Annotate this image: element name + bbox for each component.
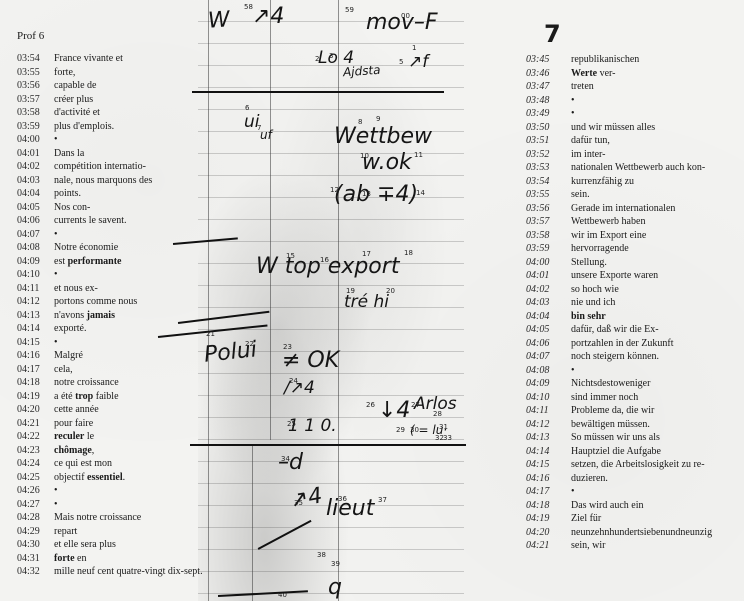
- timestamp: 04:31: [17, 552, 54, 566]
- timestamp: 03:55: [526, 188, 571, 202]
- german-transcript-row: 03:47treten: [526, 80, 712, 94]
- pen-stroke: [258, 520, 312, 549]
- note-index-number: 2: [315, 55, 319, 63]
- german-transcript-row: 03:46Werte ver-: [526, 67, 712, 81]
- timestamp: 04:25: [17, 471, 54, 485]
- transcript-text: Nichtsdestoweniger: [571, 377, 650, 391]
- timestamp: 04:00: [17, 133, 54, 147]
- timestamp: 03:52: [526, 148, 571, 162]
- note-index-number: 25: [287, 420, 296, 428]
- note-index-number: 22: [245, 340, 254, 348]
- transcript-text: dafür, daß wir die Ex-: [571, 323, 659, 337]
- timestamp: 04:10: [17, 268, 54, 282]
- timestamp: 04:06: [526, 337, 571, 351]
- transcript-text: duzieren.: [571, 472, 608, 486]
- note-index-number: 15: [286, 252, 295, 260]
- timestamp: 03:57: [526, 215, 571, 229]
- french-transcript-row: 03:57créer plus: [17, 93, 203, 107]
- transcript-text: ce qui est mon: [54, 457, 112, 471]
- timestamp: 04:07: [526, 350, 571, 364]
- transcript-text: compétition internatio-: [54, 160, 146, 174]
- german-transcript-row: 04:21sein, wir: [526, 539, 712, 553]
- german-transcript-row: 04:04bin sehr: [526, 310, 712, 324]
- timestamp: 03:45: [526, 53, 571, 67]
- transcript-text: et elle sera plus: [54, 538, 116, 552]
- timestamp: 03:50: [526, 121, 571, 135]
- german-transcript-row: 03:57Wettbewerb haben: [526, 215, 712, 229]
- german-transcript-row: 03:45republikanischen: [526, 53, 712, 67]
- timestamp: 04:11: [526, 404, 571, 418]
- note-index-number: 19: [346, 287, 355, 295]
- timestamp: 03:54: [17, 52, 54, 66]
- german-transcript-row: 04:11Probleme da, die wir: [526, 404, 712, 418]
- french-transcript-row: 04:19a été trop faible: [17, 390, 203, 404]
- german-transcript-row: 04:16duzieren.: [526, 472, 712, 486]
- handwritten-note-q-note: q: [328, 575, 342, 600]
- timestamp: 04:30: [17, 538, 54, 552]
- german-transcript-row: 04:12bewältigen müssen.: [526, 418, 712, 432]
- transcript-text: Dans la: [54, 147, 84, 161]
- timestamp: 04:07: [17, 228, 54, 242]
- timestamp: 04:15: [526, 458, 571, 472]
- timestamp: 04:21: [17, 417, 54, 431]
- timestamp: 04:05: [526, 323, 571, 337]
- transcript-text: dafür tun,: [571, 134, 610, 148]
- timestamp: 04:08: [17, 241, 54, 255]
- timestamp: 04:00: [526, 256, 571, 270]
- timestamp: 04:03: [526, 296, 571, 310]
- note-index-number: 33: [443, 434, 452, 442]
- timestamp: 03:55: [17, 66, 54, 80]
- timestamp: 04:10: [526, 391, 571, 405]
- french-transcript-row: 04:13n'avons jamais: [17, 309, 203, 323]
- french-transcript-row: 04:07•: [17, 228, 203, 242]
- timestamp: 04:13: [17, 309, 54, 323]
- transcript-text: sein.: [571, 188, 590, 202]
- german-transcript-row: 04:05dafür, daß wir die Ex-: [526, 323, 712, 337]
- german-transcript-row: 03:55sein.: [526, 188, 712, 202]
- transcript-text: Werte ver-: [571, 67, 616, 81]
- french-transcript-row: 04:09est performante: [17, 255, 203, 269]
- note-index-number: 9: [376, 115, 380, 123]
- note-index-number: 10: [360, 152, 369, 160]
- note-index-number: 31: [439, 423, 448, 431]
- transcript-text: nationalen Wettbewerb auch kon-: [571, 161, 705, 175]
- note-index-number: 29: [396, 426, 405, 434]
- transcript-text: sein, wir: [571, 539, 605, 553]
- note-index-number: 30: [410, 426, 419, 434]
- german-transcript-row: 04:18Das wird auch ein: [526, 499, 712, 513]
- french-transcript-row: 04:31forte en: [17, 552, 203, 566]
- transcript-text: im inter-: [571, 148, 606, 162]
- transcript-text: nale, nous marquons des: [54, 174, 152, 188]
- note-index-number: 6: [245, 104, 249, 112]
- transcript-text: Stellung.: [571, 256, 607, 270]
- timestamp: 04:17: [526, 485, 571, 499]
- transcript-text: noch steigern können.: [571, 350, 659, 364]
- transcript-text: cela,: [54, 363, 73, 377]
- handwritten-note-ajdsta: Ajdsta: [343, 63, 381, 80]
- transcript-text: neunzehnhundertsiebenundneunzig: [571, 526, 712, 540]
- transcript-text: repart: [54, 525, 77, 539]
- french-transcript-row: 04:17cela,: [17, 363, 203, 377]
- transcript-text: pour faire: [54, 417, 93, 431]
- french-transcript-row: 04:10•: [17, 268, 203, 282]
- german-transcript-row: 04:08•: [526, 364, 712, 378]
- timestamp: 04:19: [526, 512, 571, 526]
- french-transcript-row: 04:20cette année: [17, 403, 203, 417]
- transcript-text: forte en: [54, 552, 87, 566]
- transcript-text: •: [54, 498, 58, 512]
- french-transcript-row: 04:06currents le savent.: [17, 214, 203, 228]
- french-transcript-row: 04:12portons comme nous: [17, 295, 203, 309]
- pen-stroke: [218, 590, 308, 596]
- note-index-number: 24: [289, 377, 298, 385]
- timestamp: 04:16: [17, 349, 54, 363]
- french-transcript-row: 04:18notre croissance: [17, 376, 203, 390]
- timestamp: 04:29: [17, 525, 54, 539]
- transcript-text: •: [54, 228, 58, 242]
- transcript-text: Wettbewerb haben: [571, 215, 645, 229]
- transcript-text: France vivante et: [54, 52, 123, 66]
- french-transcript-row: 04:29repart: [17, 525, 203, 539]
- french-transcript-row: 04:15•: [17, 336, 203, 350]
- note-index-number: 17: [362, 250, 371, 258]
- timestamp: 04:14: [17, 322, 54, 336]
- timestamp: 03:56: [17, 79, 54, 93]
- timestamp: 04:17: [17, 363, 54, 377]
- timestamp: 04:28: [17, 511, 54, 525]
- timestamp: 04:23: [17, 444, 54, 458]
- note-index-number: 12: [330, 186, 339, 194]
- transcript-text: d'activité et: [54, 106, 100, 120]
- timestamp: 03:58: [17, 106, 54, 120]
- transcript-text: portons comme nous: [54, 295, 137, 309]
- note-index-number: 14: [416, 189, 425, 197]
- timestamp: 04:20: [526, 526, 571, 540]
- transcript-text: •: [54, 484, 58, 498]
- handwritten-note-tre-hi: tré hi: [344, 292, 389, 312]
- transcript-text: currents le savent.: [54, 214, 126, 228]
- timestamp: 04:32: [17, 565, 54, 579]
- french-transcript-row: 03:54France vivante et: [17, 52, 203, 66]
- note-index-number: 58: [244, 3, 253, 11]
- transcript-text: bewältigen müssen.: [571, 418, 650, 432]
- german-transcript-row: 03:58wir im Export eine: [526, 229, 712, 243]
- note-index-number: 00: [401, 12, 410, 20]
- note-index-number: 3: [329, 52, 333, 60]
- german-transcript-row: 03:53nationalen Wettbewerb auch kon-: [526, 161, 712, 175]
- french-transcript-row: 04:32mille neuf cent quatre-vingt dix-se…: [17, 565, 203, 579]
- timestamp: 04:04: [17, 187, 54, 201]
- german-transcript-row: 04:13So müssen wir uns als: [526, 431, 712, 445]
- german-transcript-row: 04:02so hoch wie: [526, 283, 712, 297]
- notepad-section-divider: [190, 444, 466, 446]
- french-transcript-row: 04:27•: [17, 498, 203, 512]
- transcript-text: Notre économie: [54, 241, 118, 255]
- transcript-text: notre croissance: [54, 376, 119, 390]
- timestamp: 04:04: [526, 310, 571, 324]
- transcript-text: Nos con-: [54, 201, 90, 215]
- timestamp: 04:06: [17, 214, 54, 228]
- timestamp: 04:12: [17, 295, 54, 309]
- transcript-text: Gerade im internationalen: [571, 202, 675, 216]
- profile-label: Prof 6: [17, 30, 44, 42]
- german-transcript-row: 04:03nie und ich: [526, 296, 712, 310]
- transcript-text: cette année: [54, 403, 99, 417]
- note-index-number: 8: [358, 118, 362, 126]
- timestamp: 03:46: [526, 67, 571, 81]
- german-transcript-row: 04:17•: [526, 485, 712, 499]
- german-transcript-row: 04:19Ziel für: [526, 512, 712, 526]
- german-transcript-row: 03:49•: [526, 107, 712, 121]
- transcript-text: plus d'emplois.: [54, 120, 114, 134]
- handwritten-note-arrow-4: ↗4: [252, 4, 284, 29]
- note-index-number: 35: [294, 499, 303, 507]
- timestamp: 03:59: [526, 242, 571, 256]
- note-index-number: 38: [317, 551, 326, 559]
- transcript-text: créer plus: [54, 93, 93, 107]
- german-transcript-row: 04:10sind immer noch: [526, 391, 712, 405]
- note-index-number: 16: [320, 256, 329, 264]
- german-transcript-row: 04:00Stellung.: [526, 256, 712, 270]
- timestamp: 04:01: [17, 147, 54, 161]
- timestamp: 04:02: [526, 283, 571, 297]
- note-index-number: 18: [404, 249, 413, 257]
- timestamp: 04:02: [17, 160, 54, 174]
- timestamp: 04:24: [17, 457, 54, 471]
- transcript-text: nie und ich: [571, 296, 615, 310]
- transcript-text: a été trop faible: [54, 390, 119, 404]
- handwritten-note-w-ok: w.ok: [362, 150, 412, 175]
- note-index-number: 37: [378, 496, 387, 504]
- timestamp: 04:20: [17, 403, 54, 417]
- german-transcript-row: 03:54kurrenzfähig zu: [526, 175, 712, 189]
- timestamp: 03:58: [526, 229, 571, 243]
- german-transcript-row: 03:48•: [526, 94, 712, 108]
- french-transcript-row: 04:24ce qui est mon: [17, 457, 203, 471]
- german-transcript-row: 04:07noch steigern können.: [526, 350, 712, 364]
- french-transcript-row: 04:03nale, nous marquons des: [17, 174, 203, 188]
- note-index-number: 36: [338, 495, 347, 503]
- french-transcript-row: 04:28Mais notre croissance: [17, 511, 203, 525]
- french-transcript-row: 04:26•: [17, 484, 203, 498]
- transcript-text: Mais notre croissance: [54, 511, 141, 525]
- handwritten-note-w-top: W: [207, 7, 230, 33]
- transcript-text: Probleme da, die wir: [571, 404, 654, 418]
- note-index-number: 11: [414, 151, 423, 159]
- timestamp: 04:22: [17, 430, 54, 444]
- note-index-number: 34: [281, 455, 290, 463]
- timestamp: 03:49: [526, 107, 571, 121]
- french-transcript-row: 03:58d'activité et: [17, 106, 203, 120]
- french-transcript-row: 03:59plus d'emplois.: [17, 120, 203, 134]
- timestamp: 04:11: [17, 282, 54, 296]
- transcript-text: •: [571, 485, 575, 499]
- french-transcript-row: 04:04points.: [17, 187, 203, 201]
- transcript-text: hervorragende: [571, 242, 629, 256]
- timestamp: 03:51: [526, 134, 571, 148]
- notepad-column-line: [270, 0, 271, 440]
- transcript-text: objectif essentiel.: [54, 471, 125, 485]
- german-transcript-rows: 03:45republikanischen03:46Werte ver-03:4…: [526, 53, 712, 553]
- transcript-text: treten: [571, 80, 594, 94]
- transcript-text: und wir müssen alles: [571, 121, 655, 135]
- handwritten-note-arrow-f: ↗f: [408, 52, 428, 72]
- french-transcript-row: 04:21pour faire: [17, 417, 203, 431]
- transcript-text: forte,: [54, 66, 75, 80]
- transcript-text: Das wird auch ein: [571, 499, 643, 513]
- transcript-text: •: [571, 364, 575, 378]
- transcript-text: portzahlen in der Zukunft: [571, 337, 673, 351]
- transcript-text: so hoch wie: [571, 283, 619, 297]
- french-transcript-row: 04:30et elle sera plus: [17, 538, 203, 552]
- notepad-column-line: [252, 445, 253, 601]
- french-transcript-row: 04:02compétition internatio-: [17, 160, 203, 174]
- transcript-text: •: [54, 268, 58, 282]
- note-index-number: 23: [283, 343, 292, 351]
- french-transcript-row: 03:56capable de: [17, 79, 203, 93]
- note-index-number: 39: [331, 560, 340, 568]
- french-transcript-rows: 03:54France vivante et03:55forte,03:56ca…: [17, 52, 203, 579]
- german-transcript-row: 03:50und wir müssen alles: [526, 121, 712, 135]
- german-transcript-row: 04:14Hauptziel die Aufgabe: [526, 445, 712, 459]
- timestamp: 04:09: [526, 377, 571, 391]
- timestamp: 03:59: [17, 120, 54, 134]
- transcript-text: et nous ex-: [54, 282, 98, 296]
- handwritten-note-uf: uf: [260, 128, 272, 142]
- german-transcript-row: 04:09Nichtsdestoweniger: [526, 377, 712, 391]
- transcript-text: n'avons jamais: [54, 309, 115, 323]
- note-index-number: 59: [345, 6, 354, 14]
- german-transcript-row: 04:15setzen, die Arbeitslosigkeit zu re-: [526, 458, 712, 472]
- timestamp: 03:53: [526, 161, 571, 175]
- note-index-number: 27: [411, 401, 420, 409]
- german-transcript-row: 03:56Gerade im internationalen: [526, 202, 712, 216]
- transcript-text: Ziel für: [571, 512, 601, 526]
- french-transcript-row: 04:00•: [17, 133, 203, 147]
- french-transcript-row: 04:16Malgré: [17, 349, 203, 363]
- timestamp: 04:09: [17, 255, 54, 269]
- timestamp: 04:05: [17, 201, 54, 215]
- notepad-section-divider: [192, 91, 444, 93]
- transcript-text: wir im Export eine: [571, 229, 646, 243]
- timestamp: 04:14: [526, 445, 571, 459]
- timestamp: 03:56: [526, 202, 571, 216]
- timestamp: 04:26: [17, 484, 54, 498]
- timestamp: 04:15: [17, 336, 54, 350]
- french-transcript-row: 04:05Nos con-: [17, 201, 203, 215]
- note-index-number: 1: [412, 44, 416, 52]
- note-index-number: 13: [362, 190, 371, 198]
- transcript-text: republikanischen: [571, 53, 639, 67]
- timestamp: 04:21: [526, 539, 571, 553]
- german-transcript-row: 03:51dafür tun,: [526, 134, 712, 148]
- handwritten-note-not-ok: ≠ OK: [282, 348, 339, 373]
- transcript-text: mille neuf cent quatre-vingt dix-sept.: [54, 565, 203, 579]
- transcript-text: •: [571, 107, 575, 121]
- timestamp: 03:47: [526, 80, 571, 94]
- page-number: 7: [544, 22, 561, 46]
- german-transcript-row: 04:01unsere Exporte waren: [526, 269, 712, 283]
- transcript-text: •: [54, 133, 58, 147]
- transcript-text: kurrenzfähig zu: [571, 175, 634, 189]
- transcript-text: •: [54, 336, 58, 350]
- french-transcript-row: 04:23chômage,: [17, 444, 203, 458]
- handwritten-note-down-4: ↓4: [378, 398, 410, 423]
- transcript-text: So müssen wir uns als: [571, 431, 660, 445]
- transcript-text: Malgré: [54, 349, 83, 363]
- note-index-number: 7: [257, 124, 261, 132]
- french-transcript-row: 04:01Dans la: [17, 147, 203, 161]
- german-transcript-row: 03:59hervorragende: [526, 242, 712, 256]
- timestamp: 04:19: [17, 390, 54, 404]
- timestamp: 04:13: [526, 431, 571, 445]
- note-index-number: 5: [399, 58, 403, 66]
- transcript-text: chômage,: [54, 444, 94, 458]
- handwritten-note-wettbew: Wettbew: [334, 124, 432, 149]
- note-index-number: 26: [366, 401, 375, 409]
- handwritten-notepad: W↗4mov–FLo 4Ajdsta↗fuiufWettbeww.ok(ab ∓…: [198, 0, 464, 601]
- transcript-text: capable de: [54, 79, 96, 93]
- transcript-text: points.: [54, 187, 81, 201]
- timestamp: 04:12: [526, 418, 571, 432]
- timestamp: 04:08: [526, 364, 571, 378]
- timestamp: 04:16: [526, 472, 571, 486]
- timestamp: 03:54: [526, 175, 571, 189]
- transcript-text: exporté.: [54, 322, 87, 336]
- timestamp: 04:18: [526, 499, 571, 513]
- handwritten-note-ab-4: (ab ∓4): [334, 182, 418, 207]
- transcript-text: setzen, die Arbeitslosigkeit zu re-: [571, 458, 705, 472]
- french-transcript-row: 04:22reculer le: [17, 430, 203, 444]
- timestamp: 04:03: [17, 174, 54, 188]
- german-transcript-row: 04:06portzahlen in der Zukunft: [526, 337, 712, 351]
- french-transcript-row: 04:11et nous ex-: [17, 282, 203, 296]
- note-index-number: 20: [386, 287, 395, 295]
- transcript-text: sind immer noch: [571, 391, 638, 405]
- transcript-text: est performante: [54, 255, 121, 269]
- german-transcript-row: 04:20neunzehnhundertsiebenundneunzig: [526, 526, 712, 540]
- transcript-text: bin sehr: [571, 310, 606, 324]
- timestamp: 03:57: [17, 93, 54, 107]
- french-transcript-row: 04:25objectif essentiel.: [17, 471, 203, 485]
- timestamp: 04:27: [17, 498, 54, 512]
- transcript-text: Hauptziel die Aufgabe: [571, 445, 661, 459]
- french-transcript-row: 03:55forte,: [17, 66, 203, 80]
- transcript-text: unsere Exporte waren: [571, 269, 658, 283]
- transcript-text: •: [571, 94, 575, 108]
- transcript-text: reculer le: [54, 430, 94, 444]
- german-transcript-row: 03:52im inter-: [526, 148, 712, 162]
- note-index-number: 28: [433, 410, 442, 418]
- handwritten-note-lieut: lieut: [326, 496, 374, 521]
- timestamp: 04:18: [17, 376, 54, 390]
- timestamp: 04:01: [526, 269, 571, 283]
- timestamp: 03:48: [526, 94, 571, 108]
